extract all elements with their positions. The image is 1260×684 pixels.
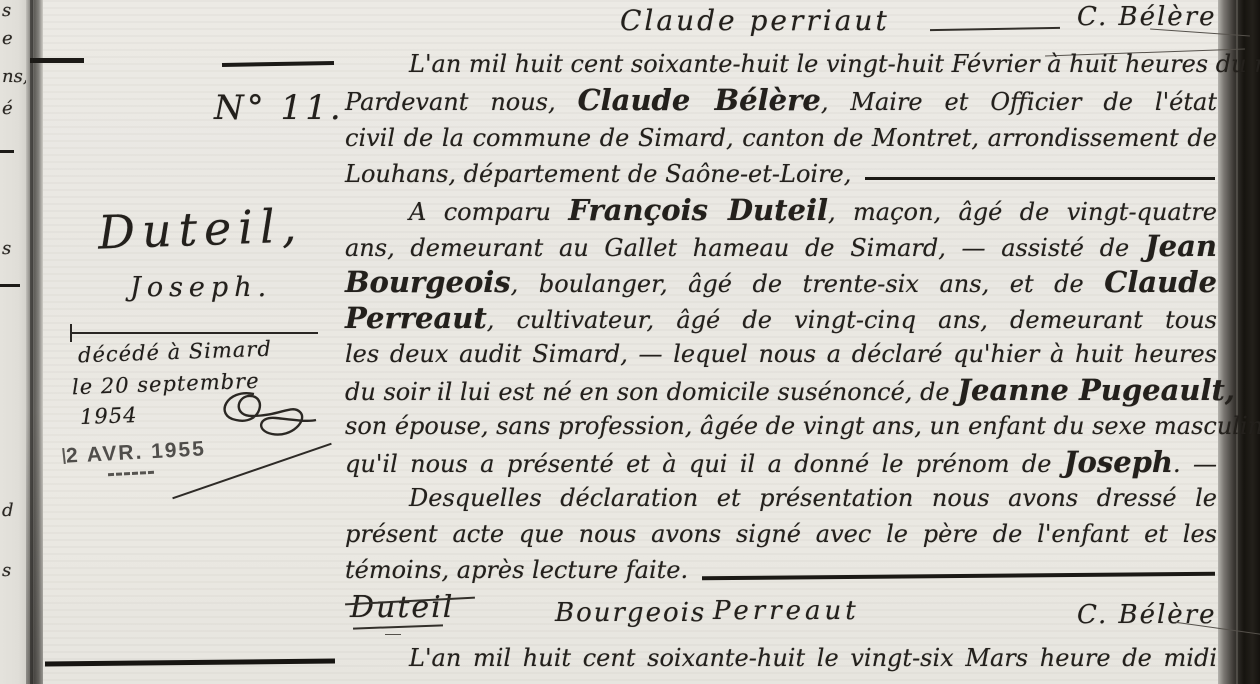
act-line-text: . — [1173, 450, 1217, 478]
act-line-text: présent acte que nous avons signé avec l… [345, 520, 1217, 548]
person-name: François Duteil [568, 193, 828, 227]
act-line: du soir il lui est né en son domicile su… [345, 372, 1217, 410]
act-line-text: , cultivateur, âgé de vingt-cinq ans, de… [487, 306, 1217, 334]
signature-duteil: Duteil [350, 590, 454, 625]
edge-fragment: s [2, 0, 11, 21]
person-name: Jeanne Pugeault, [957, 373, 1235, 407]
act-line-text: son épouse, sans profession, âgée de vin… [345, 412, 1260, 440]
act-line: ans, demeurant au Gallet hameau de Simar… [345, 228, 1217, 266]
edge-fragment: s [2, 560, 11, 581]
signature-underline [353, 624, 443, 629]
edge-fragment: e [2, 28, 13, 49]
act-line: L'an mil huit cent soixante-huit le ving… [345, 46, 1217, 82]
person-name: Joseph [1064, 445, 1173, 479]
edge-stroke [0, 150, 14, 153]
person-name: Jean [1145, 229, 1217, 263]
act-line-text: Desquelles déclaration et présentation n… [409, 484, 1217, 512]
act-line: Desquelles déclaration et présentation n… [345, 480, 1217, 516]
act-line-text: , maçon, âgé de vingt-quatre [828, 198, 1217, 226]
act-line-text: L'an mil huit cent soixante-huit le ving… [409, 644, 1217, 672]
stamp-underline [108, 471, 154, 476]
person-name: Perreaut [345, 301, 487, 335]
register-page-scan: s e ns, é s d s N° 11. Duteil, Joseph. d… [0, 0, 1260, 684]
edge-fragment: s [2, 238, 11, 259]
margin-given-name: Joseph. [130, 272, 272, 303]
binding-gutter-shadow [26, 0, 43, 684]
act-line: qu'il nous a présenté et à qui il a donn… [345, 444, 1217, 482]
act-line-text: témoins, après lecture faite. [345, 552, 688, 588]
death-annotation-line1: décédé à Simard [78, 337, 273, 368]
act-line: présent acte que nous avons signé avec l… [345, 516, 1217, 552]
death-annotation-line3: 1954 [80, 403, 138, 429]
act-line: son épouse, sans profession, âgée de vin… [345, 408, 1217, 444]
act-line: Pardevant nous, Claude Bélère, Maire et … [345, 82, 1217, 120]
date-stamp: 2 AVR. 1955 [65, 437, 206, 468]
prev-signature-mayor: C. Bélère [1077, 2, 1217, 32]
prev-signature-witness: Claude perriaut [620, 4, 890, 37]
person-name: Claude [1104, 265, 1217, 299]
margin-top-dash-left [30, 58, 84, 63]
margin-bottom-rule [45, 658, 335, 666]
signature-bourgeois: Bourgeois [555, 598, 706, 628]
act-line: les deux audit Simard, — lequel nous a d… [345, 336, 1217, 372]
act-line-text: qu'il nous a présenté et à qui il a donn… [345, 450, 1064, 478]
edge-stroke [0, 284, 20, 287]
right-page-edge-shadow [1218, 0, 1260, 684]
act-number: N° 11. [214, 88, 344, 128]
signature-flourish [930, 27, 1060, 31]
act-line-text: Pardevant nous, [345, 88, 578, 116]
facing-page-edge: s e ns, é s d s [0, 0, 26, 684]
act-line-text: , boulanger, âgé de trente-six ans, et d… [511, 270, 1105, 298]
edge-fragment: d [2, 500, 14, 521]
act-text-column: Claude perriaut C. Bélère L'an mil huit … [345, 0, 1217, 684]
person-name: Bourgeois [345, 265, 511, 299]
act-line-text: du soir il lui est né en son domicile su… [345, 378, 957, 406]
line-filler-rule [702, 572, 1215, 580]
edge-fragment: ns, [2, 66, 29, 87]
act-line: Bourgeois, boulanger, âgé de trente-six … [345, 264, 1217, 302]
act-line: Perreaut, cultivateur, âgé de vingt-cinq… [345, 300, 1217, 338]
act-line-text: , Maire et Officier de l'état [821, 88, 1217, 116]
person-name: Claude Bélère [578, 83, 821, 117]
act-line-text: ans, demeurant au Gallet hameau de Simar… [345, 234, 1145, 262]
line-filler-rule [865, 177, 1215, 180]
act-line: Louhans, département de Saône-et-Loire, [345, 156, 1217, 192]
act-line: témoins, après lecture faite. [345, 552, 1217, 588]
act-line: civil de la commune de Simard, canton de… [345, 120, 1217, 156]
signature-paraph-mark [385, 634, 401, 635]
margin-top-dash-right [222, 61, 334, 67]
act-line-text: A comparu [409, 198, 568, 226]
act-line-text: Louhans, département de Saône-et-Loire, [345, 156, 851, 192]
signature-perreaut: Perreaut [713, 596, 860, 626]
act-line-text: les deux audit Simard, — lequel nous a d… [345, 340, 1217, 368]
margin-surname: Duteil, [97, 198, 304, 259]
edge-fragment: é [2, 98, 13, 119]
act-line: A comparu François Duteil, maçon, âgé de… [345, 192, 1217, 230]
act-line-text: civil de la commune de Simard, canton de… [345, 124, 1217, 152]
act-line-text: L'an mil huit cent soixante-huit le ving… [409, 50, 1260, 78]
annotation-rule [70, 332, 318, 334]
next-act-first-line: L'an mil huit cent soixante-huit le ving… [345, 640, 1217, 676]
registrar-paraph-signature [196, 386, 318, 456]
